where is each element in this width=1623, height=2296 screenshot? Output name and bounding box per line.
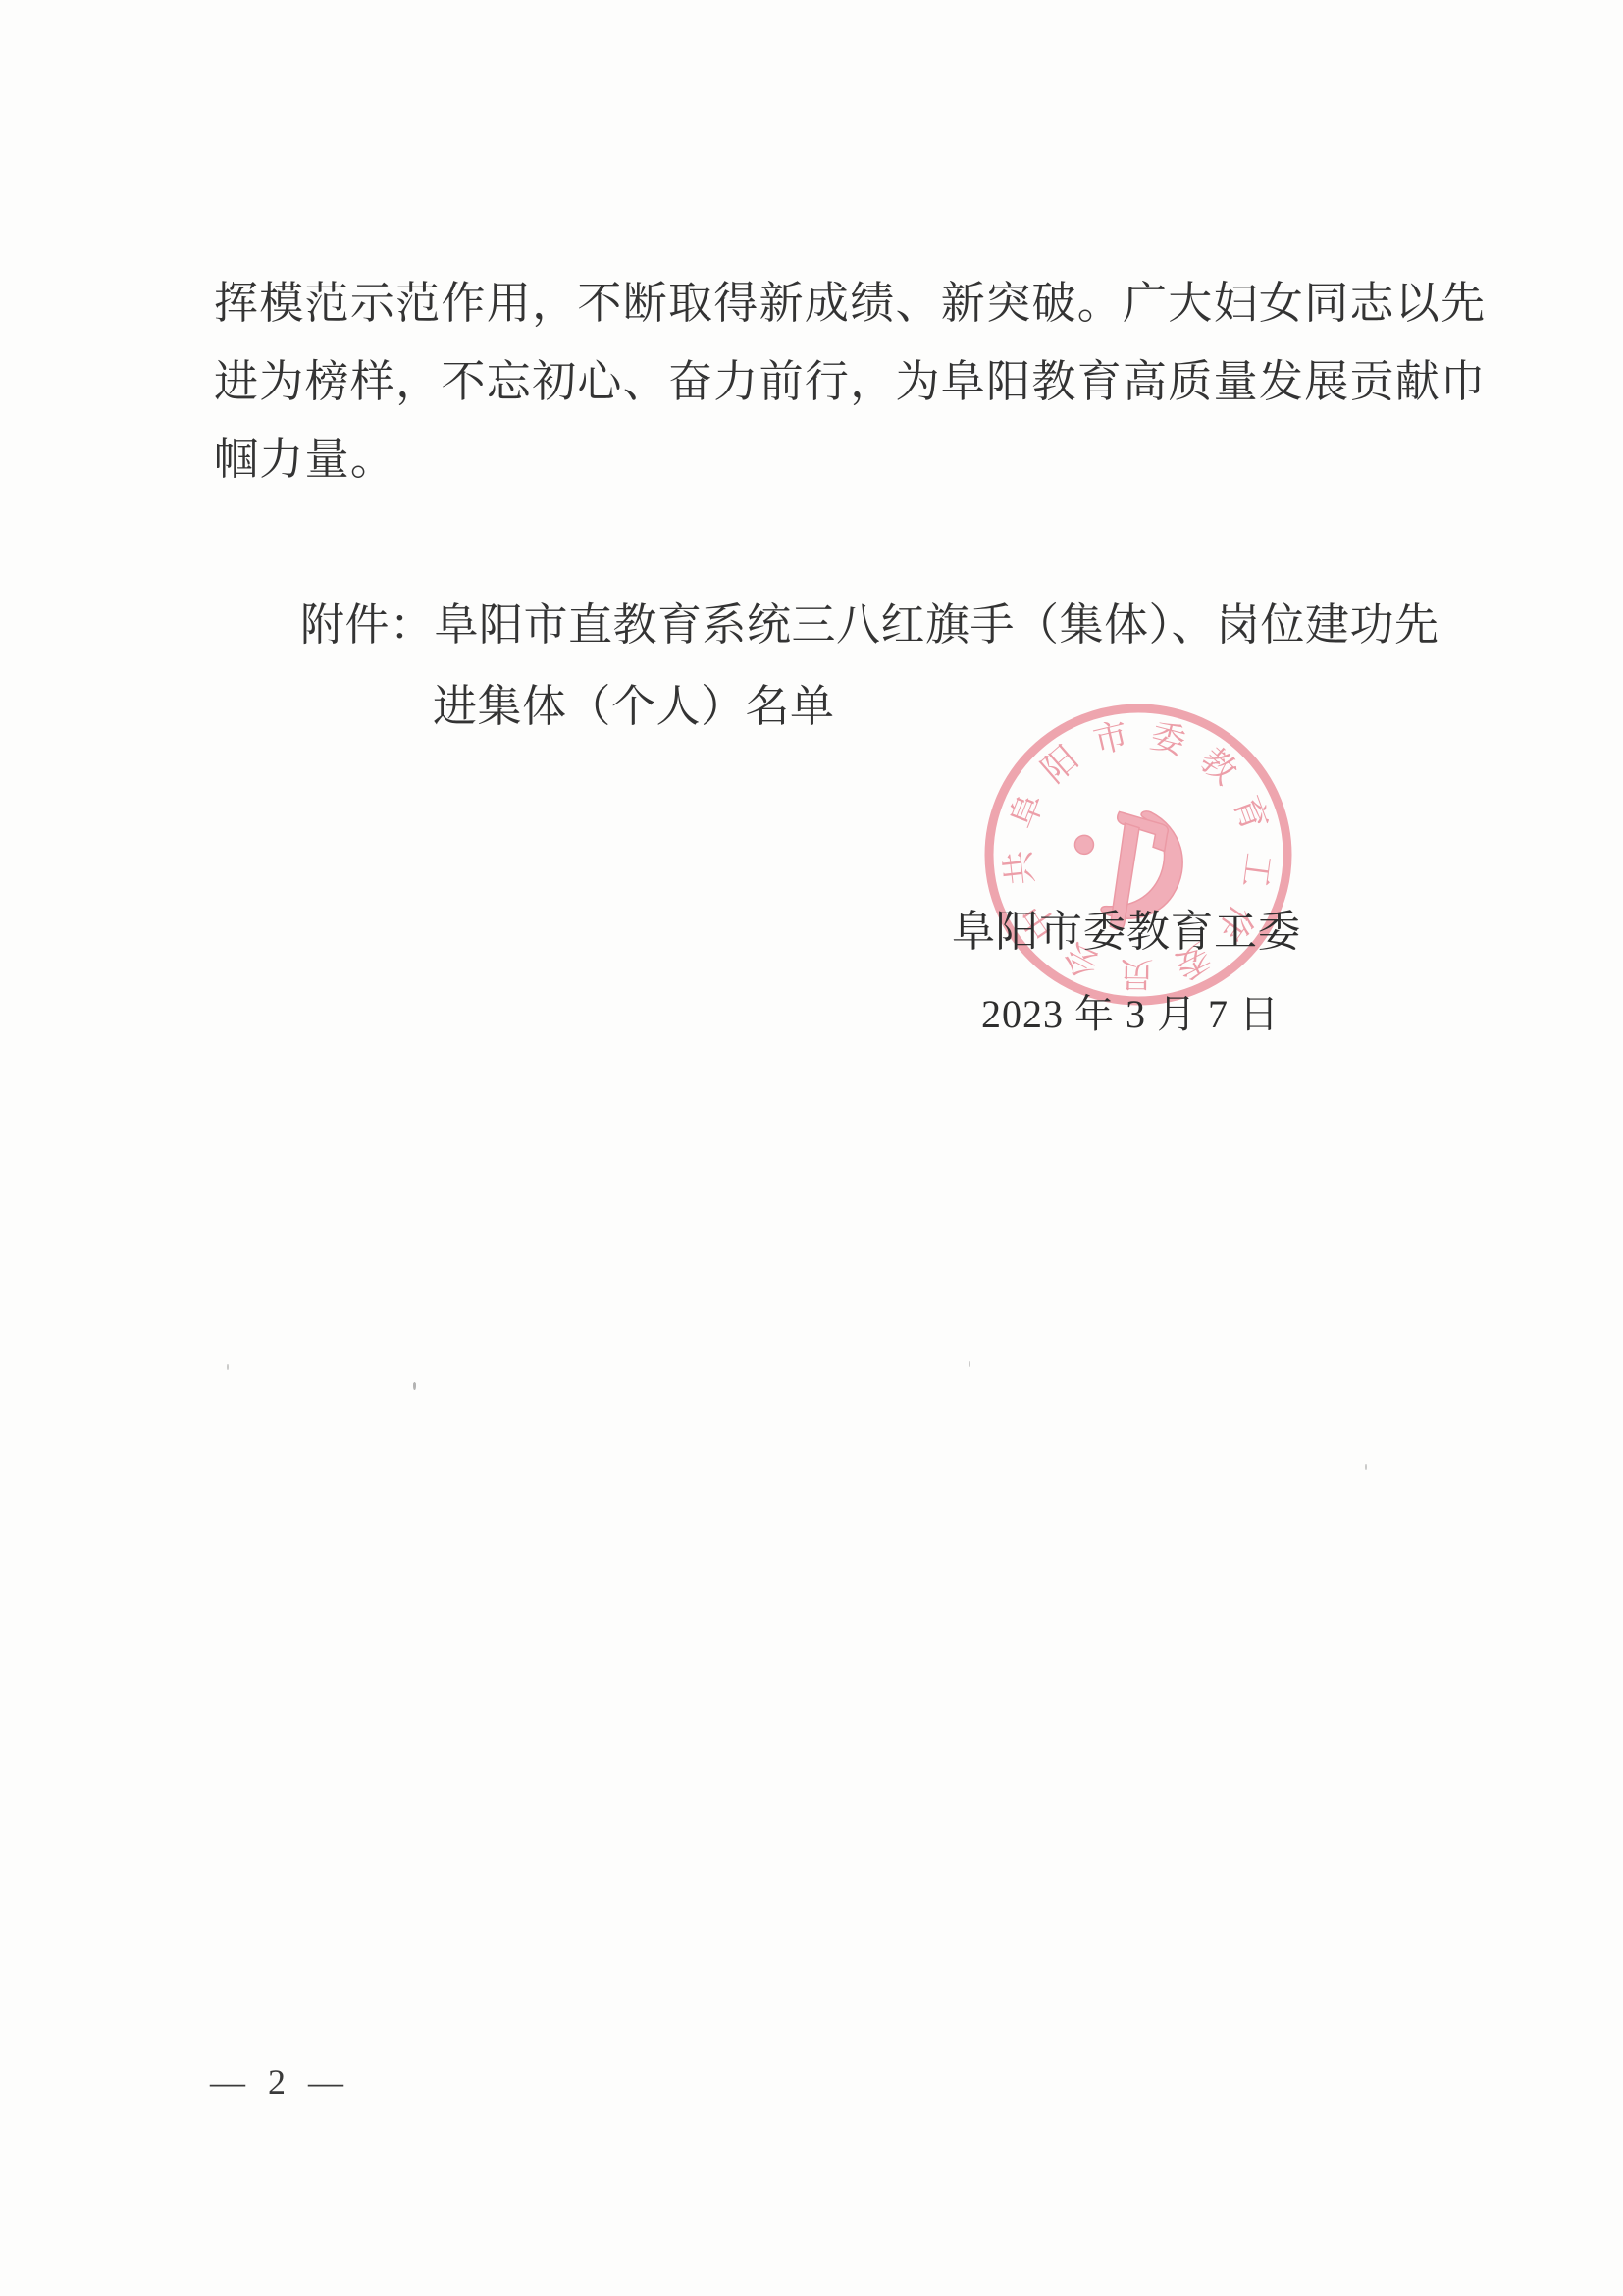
paragraph: 挥模范示范作用，不断取得新成绩、新突破。广大妇女同志以先 进为榜样，不忘初心、奋… — [214, 265, 1486, 499]
svg-text:委: 委 — [1147, 716, 1190, 762]
scan-speck — [227, 1364, 229, 1370]
scan-speck — [969, 1361, 970, 1367]
issuer-signature: 阜阳市委教育工委 — [952, 905, 1301, 960]
paragraph-line: 挥模范示范作用，不断取得新成绩、新突破。广大妇女同志以先 — [214, 265, 1486, 343]
svg-text:工: 工 — [1235, 851, 1278, 890]
page-number: — 2 — — [210, 2061, 350, 2104]
svg-text:员: 员 — [1117, 955, 1154, 993]
paragraph-line: 进为榜样，不忘初心、奋力前行，为阜阳教育高质量发展贡献巾 — [214, 343, 1486, 422]
scan-speck — [1365, 1464, 1367, 1470]
attachment-line-1: 附件：阜阳市直教育系统三八红旗手（集体）、岗位建功先 — [300, 585, 1440, 666]
scan-speck — [413, 1382, 416, 1390]
paragraph-line: 帼力量。 — [214, 421, 1486, 499]
official-seal: 中共阜阳市委教育工作委员会 — [980, 699, 1296, 1011]
svg-text:共: 共 — [999, 849, 1041, 887]
document-page: 挥模范示范作用，不断取得新成绩、新突破。广大妇女同志以先 进为榜样，不忘初心、奋… — [0, 0, 1623, 2296]
issue-date: 2023 年 3 月 7 日 — [981, 989, 1280, 1040]
svg-text:阜: 阜 — [1003, 788, 1051, 834]
svg-text:育: 育 — [1227, 791, 1275, 836]
svg-text:市: 市 — [1090, 716, 1132, 761]
